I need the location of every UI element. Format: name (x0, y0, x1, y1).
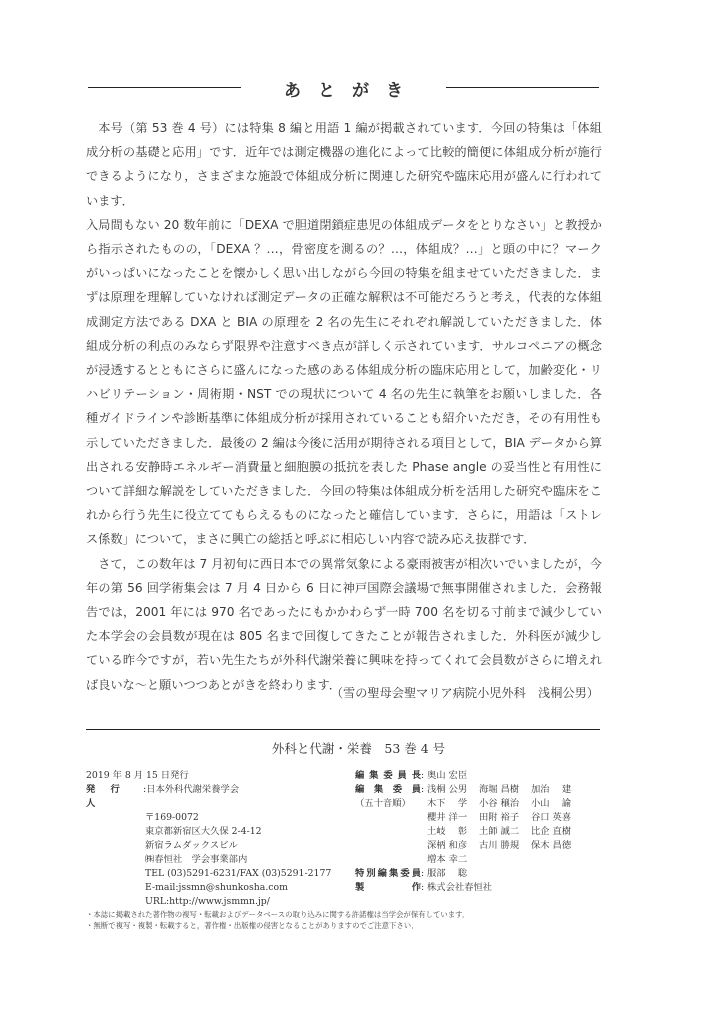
committee-member: 比企 直樹 (531, 825, 583, 839)
publisher-name: 日本外科代謝栄養学会 (146, 783, 239, 811)
committee-member: 増本 幸二 (427, 853, 479, 867)
paragraph-2: 入局間もない 20 数年前に「DEXA で胆道閉鎖症患児の体組成データをとりなさ… (86, 213, 602, 552)
afterword-body: 本号（第 53 巻 4 号）には特集 8 編と用語 1 編が掲載されています．今… (86, 116, 602, 697)
editor-in-chief-label: 編集委員長 (355, 769, 421, 783)
colophon-divider (86, 729, 600, 730)
committee-member: 土師 誠二 (479, 825, 531, 839)
heading-rule-right (446, 87, 599, 88)
special-editor-label: 特別編集委員 (355, 867, 421, 881)
copyright-note-2: ・無断で複写・複製・転載すると，著作権・出版権の侵害となることがありますのでご注… (86, 920, 469, 931)
address-line-2: 新宿ラムダックスビル (86, 839, 331, 853)
tel-fax: TEL (03)5291-6231/FAX (03)5291-2177 (86, 867, 331, 881)
editorial-board: 編集委員長 : 奥山 宏臣 編集委員 : 浅桐 公男 海堀 昌樹 加治 建 （五… (355, 769, 583, 895)
paragraph-1: 本号（第 53 巻 4 号）には特集 8 編と用語 1 編が掲載されています．今… (86, 116, 602, 213)
address-line-3: ㈱春恒社 学会事業部内 (86, 853, 331, 867)
paragraph-3: さて，この数年は 7 月初旬に西日本での異常気象による豪雨被害が相次いでいました… (86, 552, 602, 697)
committee-member: 木下 学 (427, 797, 479, 811)
address-line-1: 東京都新宿区大久保 2-4-12 (86, 825, 331, 839)
editor-in-chief: 奥山 宏臣 (427, 769, 467, 783)
production-company: 株式会社春恒社 (427, 881, 492, 895)
committee-member: 深柄 和彦 (427, 839, 479, 853)
committee-member: 小山 諭 (531, 797, 583, 811)
committee-member: 土岐 彰 (427, 825, 479, 839)
committee-member: 小谷 穣治 (479, 797, 531, 811)
committee-order-note: （五十音順） (355, 797, 421, 811)
heading-row: あとがき (88, 76, 599, 100)
website-url: URL:http://www.jsmmn.jp/ (86, 895, 331, 909)
afterword-page: あとがき 本号（第 53 巻 4 号）には特集 8 編と用語 1 編が掲載されて… (0, 0, 717, 1012)
publication-info: 2019 年 8 月 15 日発行 発 行 人 : 日本外科代謝栄養学会 〒16… (86, 769, 331, 909)
committee-member: 加治 建 (531, 783, 583, 797)
production-label: 製 作 (355, 881, 421, 895)
publisher-label: 発 行 人 (86, 783, 143, 811)
committee-member: 田附 裕子 (479, 811, 531, 825)
copyright-notes: ・本誌に掲載された著作物の複写・転載およびデータベースの取り込みに関する許諾権は… (86, 909, 469, 931)
author-signature: （雪の聖母会聖マリア病院小児外科 浅桐公男） (331, 684, 599, 701)
committee-label: 編集委員 (355, 783, 421, 797)
page-title: あとがき (88, 76, 599, 101)
email-address: E-mail:jssmn@shunkosha.com (86, 881, 331, 895)
copyright-note-1: ・本誌に掲載された著作物の複写・転載およびデータベースの取り込みに関する許諾権は… (86, 909, 469, 920)
postal-code: 〒169-0072 (86, 811, 331, 825)
journal-title: 外科と代謝・栄養 53 巻 4 号 (0, 739, 717, 757)
committee-member: 海堀 昌樹 (479, 783, 531, 797)
committee-member: 保木 昌徳 (531, 839, 583, 853)
committee-member: 古川 勝規 (479, 839, 531, 853)
special-editor: 服部 聡 (427, 867, 467, 881)
committee-member: 櫻井 洋一 (427, 811, 479, 825)
committee-member: 谷口 英喜 (531, 811, 583, 825)
issue-date: 2019 年 8 月 15 日発行 (86, 769, 331, 783)
committee-member: 浅桐 公男 (427, 783, 479, 797)
